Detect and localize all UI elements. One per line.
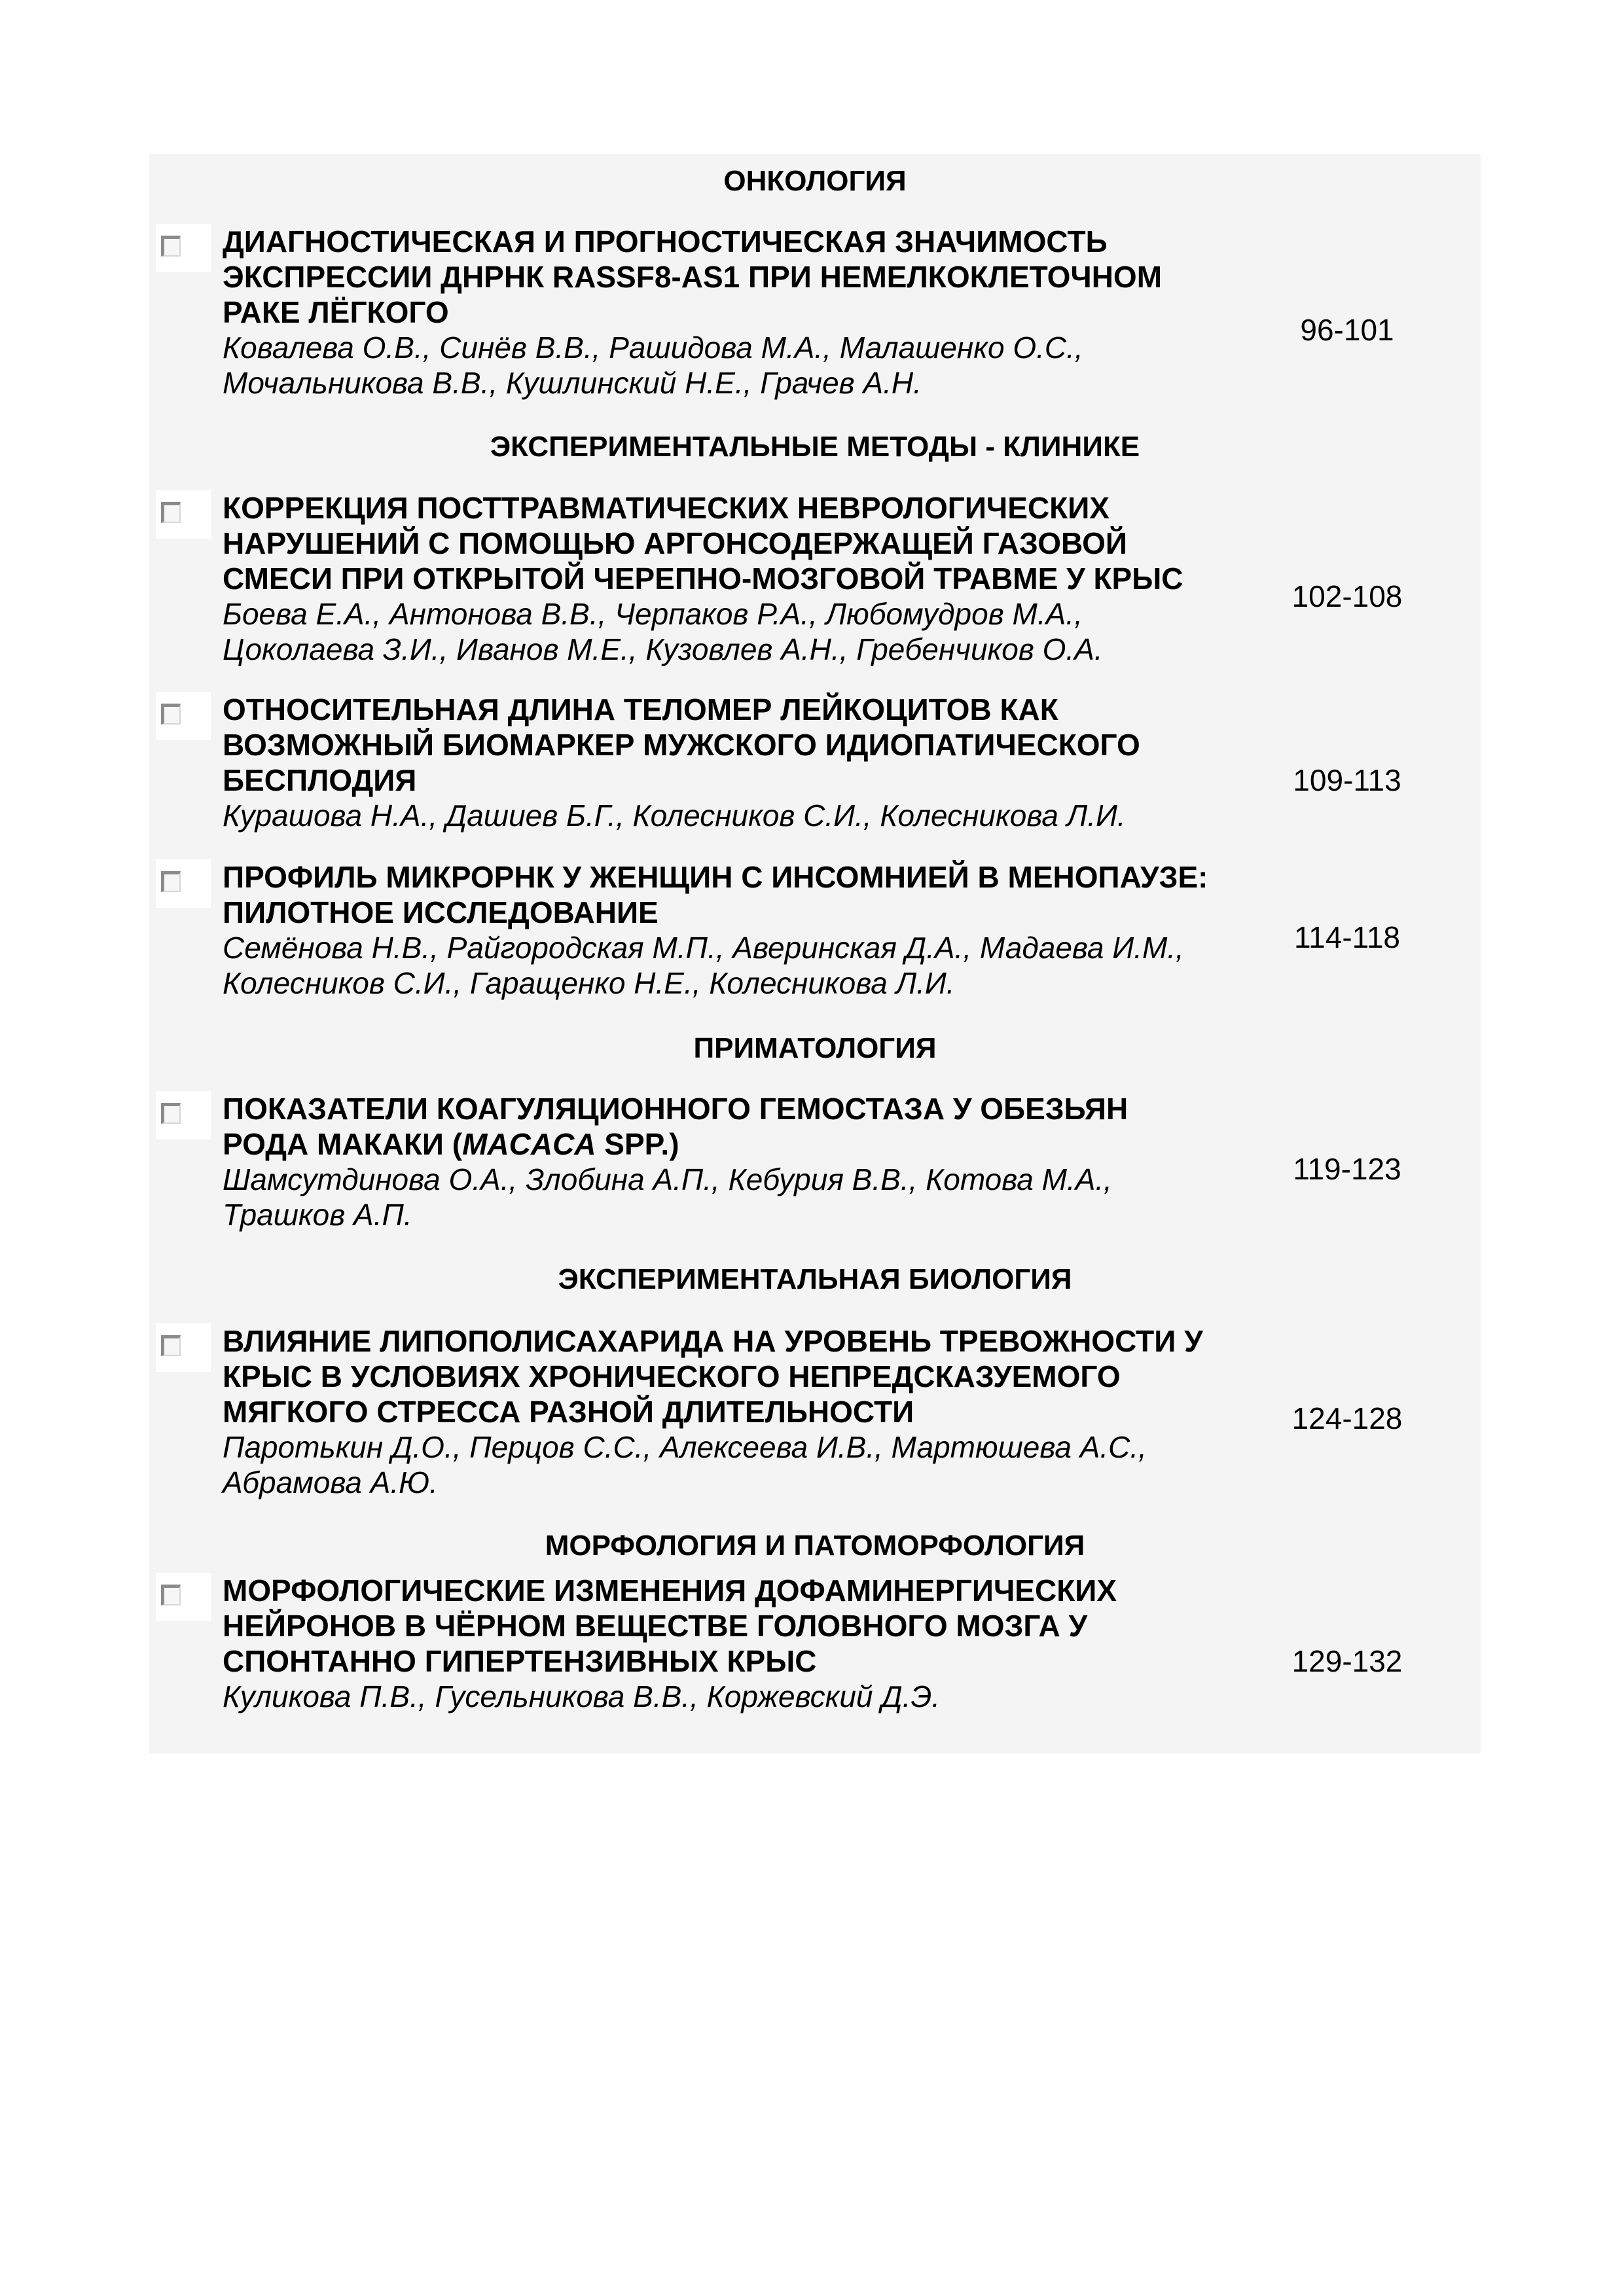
title-line: ПИЛОТНОЕ ИССЛЕДОВАНИЕ: [223, 895, 1270, 930]
authors-line: Семёнова Н.В., Райгородская М.П., Аверин…: [223, 930, 1270, 965]
article-authors: Шамсутдинова О.А., Злобина А.П., Кебурия…: [223, 1162, 1270, 1232]
article-authors: Куликова П.В., Гусельникова В.В., Коржев…: [223, 1679, 1270, 1714]
article-authors: Боева Е.А., Антонова В.В., Черпаков Р.А.…: [223, 596, 1270, 667]
authors-line: Ковалева О.В., Синёв В.В., Рашидова М.А.…: [223, 330, 1270, 365]
title-line: ПРОФИЛЬ МИКРОРНК У ЖЕНЩИН С ИНСОМНИЕЙ В …: [223, 859, 1270, 895]
article-text: ПОКАЗАТЕЛИ КОАГУЛЯЦИОННОГО ГЕМОСТАЗА У О…: [223, 1091, 1270, 1232]
title-line: КОРРЕКЦИЯ ПОСТТРАВМАТИЧЕСКИХ НЕВРОЛОГИЧЕ…: [223, 490, 1270, 526]
table-of-contents-panel: ОНКОЛОГИЯ ДИАГНОСТИЧЕСКАЯ И ПРОГНОСТИЧЕС…: [149, 154, 1481, 1753]
article-pages: 124-128: [1262, 1401, 1432, 1436]
title-line: РОДА МАКАКИ (MACACA SPP.): [223, 1126, 1270, 1162]
article-checkbox[interactable]: [156, 224, 211, 272]
article-title[interactable]: ДИАГНОСТИЧЕСКАЯ И ПРОГНОСТИЧЕСКАЯ ЗНАЧИМ…: [223, 224, 1270, 330]
section-title-oncology: ОНКОЛОГИЯ: [149, 164, 1481, 199]
checkbox-icon: [161, 1585, 181, 1605]
title-line-start: РОДА МАКАКИ (: [223, 1127, 462, 1161]
article-pages: 119-123: [1262, 1151, 1432, 1187]
authors-line: Паротькин Д.О., Перцов С.С., Алексеева И…: [223, 1429, 1270, 1465]
title-line: БЕСПЛОДИЯ: [223, 762, 1270, 798]
authors-line: Шамсутдинова О.А., Злобина А.П., Кебурия…: [223, 1162, 1270, 1197]
title-line: ПОКАЗАТЕЛИ КОАГУЛЯЦИОННОГО ГЕМОСТАЗА У О…: [223, 1091, 1270, 1126]
authors-line: Трашков А.П.: [223, 1197, 1270, 1232]
title-line: ВЛИЯНИЕ ЛИПОПОЛИСАХАРИДА НА УРОВЕНЬ ТРЕВ…: [223, 1323, 1270, 1359]
section-title-primatology: ПРИМАТОЛОГИЯ: [149, 1031, 1481, 1066]
article-pages: 109-113: [1262, 762, 1432, 798]
article-authors: Курашова Н.А., Дашиев Б.Г., Колесников С…: [223, 798, 1270, 833]
title-line-end: SPP.): [596, 1127, 679, 1161]
article-pages: 129-132: [1262, 1643, 1432, 1679]
article-title[interactable]: ОТНОСИТЕЛЬНАЯ ДЛИНА ТЕЛОМЕР ЛЕЙКОЦИТОВ К…: [223, 692, 1270, 798]
article-checkbox[interactable]: [156, 859, 211, 908]
authors-line: Колесников С.И., Гаращенко Н.Е., Колесни…: [223, 965, 1270, 1001]
article-authors: Семёнова Н.В., Райгородская М.П., Аверин…: [223, 930, 1270, 1001]
checkbox-icon: [161, 704, 181, 725]
title-italic-genus: MACACA: [462, 1127, 596, 1161]
article-title[interactable]: ПОКАЗАТЕЛИ КОАГУЛЯЦИОННОГО ГЕМОСТАЗА У О…: [223, 1091, 1270, 1162]
checkbox-icon: [161, 236, 181, 257]
title-line: НЕЙРОНОВ В ЧЁРНОМ ВЕЩЕСТВЕ ГОЛОВНОГО МОЗ…: [223, 1608, 1270, 1643]
article-checkbox[interactable]: [156, 1091, 211, 1139]
article-checkbox[interactable]: [156, 692, 211, 740]
title-line: МОРФОЛОГИЧЕСКИЕ ИЗМЕНЕНИЯ ДОФАМИНЕРГИЧЕС…: [223, 1573, 1270, 1608]
article-text: ОТНОСИТЕЛЬНАЯ ДЛИНА ТЕЛОМЕР ЛЕЙКОЦИТОВ К…: [223, 692, 1270, 833]
title-line: ЭКСПРЕССИИ ДНРНК RASSF8-AS1 ПРИ НЕМЕЛКОК…: [223, 259, 1270, 295]
article-title[interactable]: МОРФОЛОГИЧЕСКИЕ ИЗМЕНЕНИЯ ДОФАМИНЕРГИЧЕС…: [223, 1573, 1270, 1679]
article-text: ДИАГНОСТИЧЕСКАЯ И ПРОГНОСТИЧЕСКАЯ ЗНАЧИМ…: [223, 224, 1270, 401]
authors-line: Мочальникова В.В., Кушлинский Н.Е., Грач…: [223, 365, 1270, 401]
title-line: КРЫС В УСЛОВИЯХ ХРОНИЧЕСКОГО НЕПРЕДСКАЗУ…: [223, 1359, 1270, 1394]
article-title[interactable]: ПРОФИЛЬ МИКРОРНК У ЖЕНЩИН С ИНСОМНИЕЙ В …: [223, 859, 1270, 930]
title-line: МЯГКОГО СТРЕССА РАЗНОЙ ДЛИТЕЛЬНОСТИ: [223, 1394, 1270, 1429]
article-text: ВЛИЯНИЕ ЛИПОПОЛИСАХАРИДА НА УРОВЕНЬ ТРЕВ…: [223, 1323, 1270, 1500]
title-line: СМЕСИ ПРИ ОТКРЫТОЙ ЧЕРЕПНО-МОЗГОВОЙ ТРАВ…: [223, 561, 1270, 596]
section-title-morphology: МОРФОЛОГИЯ И ПАТОМОРФОЛОГИЯ: [149, 1528, 1481, 1564]
authors-line: Курашова Н.А., Дашиев Б.Г., Колесников С…: [223, 798, 1270, 833]
article-authors: Ковалева О.В., Синёв В.В., Рашидова М.А.…: [223, 330, 1270, 401]
authors-line: Куликова П.В., Гусельникова В.В., Коржев…: [223, 1679, 1270, 1714]
checkbox-icon: [161, 871, 181, 892]
article-checkbox[interactable]: [156, 1323, 211, 1372]
checkbox-icon: [161, 1103, 181, 1124]
title-line: ВОЗМОЖНЫЙ БИОМАРКЕР МУЖСКОГО ИДИОПАТИЧЕС…: [223, 727, 1270, 762]
section-title-experimental-methods: ЭКСПЕРИМЕНТАЛЬНЫЕ МЕТОДЫ - КЛИНИКЕ: [149, 429, 1481, 465]
title-line: НАРУШЕНИЙ С ПОМОЩЬЮ АРГОНСОДЕРЖАЩЕЙ ГАЗО…: [223, 526, 1270, 561]
article-text: ПРОФИЛЬ МИКРОРНК У ЖЕНЩИН С ИНСОМНИЕЙ В …: [223, 859, 1270, 1001]
authors-line: Боева Е.А., Антонова В.В., Черпаков Р.А.…: [223, 596, 1270, 632]
article-checkbox[interactable]: [156, 1573, 211, 1621]
checkbox-icon: [161, 1335, 181, 1356]
article-title[interactable]: ВЛИЯНИЕ ЛИПОПОЛИСАХАРИДА НА УРОВЕНЬ ТРЕВ…: [223, 1323, 1270, 1429]
article-pages: 102-108: [1262, 579, 1432, 614]
authors-line: Цоколаева З.И., Иванов М.Е., Кузовлев А.…: [223, 632, 1270, 667]
article-pages: 96-101: [1262, 312, 1432, 348]
article-checkbox[interactable]: [156, 490, 211, 539]
article-pages: 114-118: [1262, 920, 1432, 955]
section-title-experimental-biology: ЭКСПЕРИМЕНТАЛЬНАЯ БИОЛОГИЯ: [149, 1262, 1481, 1297]
article-title[interactable]: КОРРЕКЦИЯ ПОСТТРАВМАТИЧЕСКИХ НЕВРОЛОГИЧЕ…: [223, 490, 1270, 596]
title-line: ОТНОСИТЕЛЬНАЯ ДЛИНА ТЕЛОМЕР ЛЕЙКОЦИТОВ К…: [223, 692, 1270, 727]
title-line: ДИАГНОСТИЧЕСКАЯ И ПРОГНОСТИЧЕСКАЯ ЗНАЧИМ…: [223, 224, 1270, 259]
checkbox-icon: [161, 502, 181, 523]
title-line: СПОНТАННО ГИПЕРТЕНЗИВНЫХ КРЫС: [223, 1643, 1270, 1679]
article-authors: Паротькин Д.О., Перцов С.С., Алексеева И…: [223, 1429, 1270, 1500]
article-text: КОРРЕКЦИЯ ПОСТТРАВМАТИЧЕСКИХ НЕВРОЛОГИЧЕ…: [223, 490, 1270, 667]
authors-line: Абрамова А.Ю.: [223, 1465, 1270, 1500]
article-text: МОРФОЛОГИЧЕСКИЕ ИЗМЕНЕНИЯ ДОФАМИНЕРГИЧЕС…: [223, 1573, 1270, 1714]
title-line: РАКЕ ЛЁГКОГО: [223, 295, 1270, 330]
